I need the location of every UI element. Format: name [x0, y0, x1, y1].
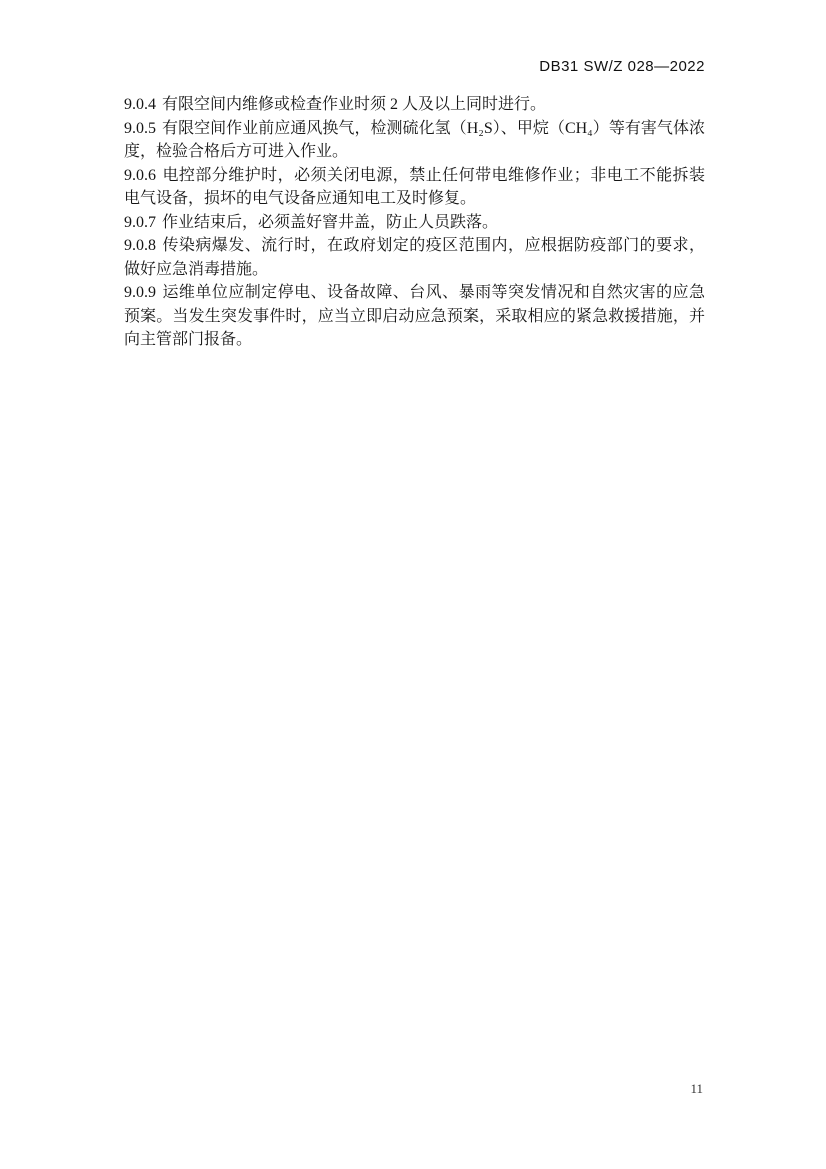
clause-text: 作业结束后，必须盖好窨井盖，防止人员跌落。 [162, 214, 498, 231]
clause-9-0-9: 9.0.9运维单位应制定停电、设备故障、台风、暴雨等突发情况和自然灾害的应急预案… [124, 281, 705, 352]
clause-number: 9.0.4 [124, 96, 156, 113]
clause-9-0-5: 9.0.5有限空间作业前应通风换气，检测硫化氢（H₂S）、甲烷（CH₄）等有害气… [124, 117, 705, 164]
page-number: 11 [690, 1081, 705, 1096]
clause-text: 有限空间内维修或检查作业时须 2 人及以上同时进行。 [162, 96, 546, 113]
clause-text: 运维单位应制定停电、设备故障、台风、暴雨等突发情况和自然灾害的应急预案。当发生突… [124, 284, 705, 348]
clause-number: 9.0.6 [124, 167, 156, 184]
clause-number: 9.0.7 [124, 214, 156, 231]
clause-text: 有限空间作业前应通风换气，检测硫化氢（H₂S）、甲烷（CH₄）等有害气体浓度，检… [124, 120, 705, 161]
page-header: DB31 SW/Z 028—2022 [124, 58, 705, 76]
clause-text: 电控部分维护时，必须关闭电源，禁止任何带电维修作业；非电工不能拆装电气设备，损坏… [124, 167, 705, 208]
clause-number: 9.0.8 [124, 237, 156, 254]
clause-9-0-7: 9.0.7作业结束后，必须盖好窨井盖，防止人员跌落。 [124, 211, 705, 235]
clause-9-0-6: 9.0.6电控部分维护时，必须关闭电源，禁止任何带电维修作业；非电工不能拆装电气… [124, 164, 705, 211]
clause-9-0-8: 9.0.8传染病爆发、流行时，在政府划定的疫区范围内，应根据防疫部门的要求，做好… [124, 234, 705, 281]
document-page: DB31 SW/Z 028—2022 9.0.4有限空间内维修或检查作业时须 2… [0, 0, 826, 1169]
clause-number: 9.0.5 [124, 120, 156, 137]
clause-9-0-4: 9.0.4有限空间内维修或检查作业时须 2 人及以上同时进行。 [124, 93, 705, 117]
standard-code: DB31 SW/Z 028—2022 [539, 58, 705, 75]
document-body: 9.0.4有限空间内维修或检查作业时须 2 人及以上同时进行。 9.0.5有限空… [124, 93, 705, 352]
clause-text: 传染病爆发、流行时，在政府划定的疫区范围内，应根据防疫部门的要求，做好应急消毒措… [124, 237, 705, 278]
clause-number: 9.0.9 [124, 284, 156, 301]
page-footer: 11 [124, 1080, 705, 1098]
